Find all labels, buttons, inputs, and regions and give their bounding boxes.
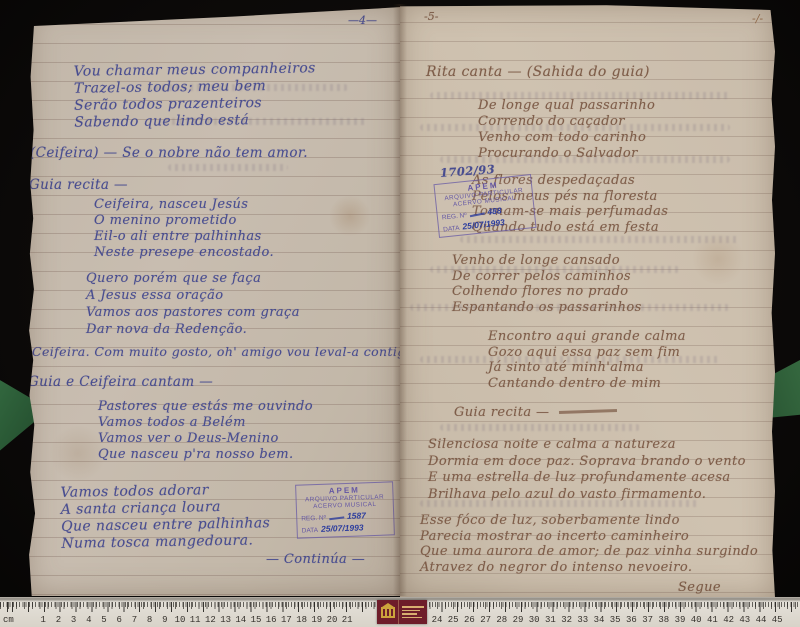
ruler-number: 18 bbox=[296, 615, 307, 625]
left-stanza-oracao: Quero porém que se façaA Jesus essa oraç… bbox=[86, 270, 300, 338]
stamp-reg-label: REG. Nº bbox=[301, 515, 326, 523]
stamp-date-value: 25/07/1993 bbox=[462, 217, 505, 231]
right-segue-mark: Segue bbox=[678, 580, 721, 596]
ruler-number: 13 bbox=[220, 615, 231, 625]
stamp-date-label: DATA bbox=[443, 225, 460, 234]
ruler-number: 40 bbox=[691, 615, 702, 625]
ruler-number: 44 bbox=[756, 615, 767, 625]
ruler-number: 1 bbox=[40, 615, 45, 625]
stamp-date-value: 25/07/1993 bbox=[321, 522, 364, 533]
ruler-number: 37 bbox=[642, 615, 653, 625]
ruler-number: 43 bbox=[739, 615, 750, 625]
right-stanza-foco: Esse fóco de luz, soberbamente lindoPare… bbox=[420, 513, 758, 575]
ruler-number: 35 bbox=[610, 615, 621, 625]
right-header-line: Rita canta — (Sahida do guia) bbox=[426, 64, 650, 80]
ruler-number: 17 bbox=[281, 615, 292, 625]
ruler-number: 16 bbox=[266, 615, 277, 625]
left-cantam-line: Guia e Ceifeira cantam — bbox=[28, 374, 213, 390]
stamp-reg-value: 1587 bbox=[347, 510, 366, 521]
left-stanza-adorar: Vamos todos adorarA santa criança louraQ… bbox=[60, 481, 270, 553]
ruler-number: 39 bbox=[675, 615, 686, 625]
left-continua-mark: — Continúa — bbox=[266, 552, 365, 568]
right-stanza-calma: Encontro aqui grande calmaGozo aqui essa… bbox=[488, 329, 686, 391]
ruler-number: 41 bbox=[707, 615, 718, 625]
ruler-number: 3 bbox=[71, 615, 76, 625]
ruler-number: 21 bbox=[342, 615, 353, 625]
right-stanza-passarinho: De longe qual passarinhoCorrendo do caça… bbox=[478, 98, 655, 162]
ruler-number: 33 bbox=[577, 615, 588, 625]
ruler-number: 25 bbox=[448, 615, 459, 625]
ruler-number: 26 bbox=[464, 615, 475, 625]
left-page: -4- —4— Vou chamar meus companheirosTraz… bbox=[28, 6, 400, 596]
stamp-reg-label: REG. Nº bbox=[442, 212, 467, 222]
ruler-number: 38 bbox=[658, 615, 669, 625]
ruler-number: 28 bbox=[496, 615, 507, 625]
ruler-number: 24 bbox=[432, 615, 443, 625]
ruler-number: 7 bbox=[132, 615, 137, 625]
crossed-out-scribble bbox=[329, 516, 344, 520]
left-gosto-line: Ceifeira. Com muito gosto, oh' amigo vou… bbox=[32, 344, 414, 360]
ruler-number: 12 bbox=[205, 615, 216, 625]
left-guia-recita-line: Guia recita — bbox=[29, 177, 128, 193]
ruler-number: 45 bbox=[772, 615, 783, 625]
ruler-number: 9 bbox=[162, 615, 167, 625]
ruler-number: 42 bbox=[723, 615, 734, 625]
ruler-number: 4 bbox=[86, 615, 91, 625]
left-stanza-pastores: Pastores que estás me ouvindoVamos todos… bbox=[98, 399, 313, 463]
ruler-number: 30 bbox=[529, 615, 540, 625]
left-gutter-page-mark: —4— bbox=[348, 14, 377, 27]
right-guia-recita-line: Guia recita — bbox=[454, 405, 617, 421]
right-guia-recita-text: Guia recita — bbox=[454, 405, 549, 420]
right-stanza-silenciosa: Silenciosa noite e calma a naturezaDormi… bbox=[428, 437, 746, 503]
logo-text-lines bbox=[399, 600, 427, 624]
ruler-number: 10 bbox=[175, 615, 186, 625]
ruler-number: 8 bbox=[147, 615, 152, 625]
right-page: -5- -/- Rita canta — (Sahida do guia) De… bbox=[400, 4, 775, 598]
ruler-number: 31 bbox=[545, 615, 556, 625]
crossed-out-scribble bbox=[470, 212, 485, 217]
left-opening-stanza: Vou chamar meus companheirosTrazel-os to… bbox=[74, 60, 317, 131]
left-ceifeira-line: (Ceifeira) — Se o nobre não tem amor. bbox=[30, 145, 308, 161]
ruler-number: 29 bbox=[513, 615, 524, 625]
ruler-number: 19 bbox=[311, 615, 322, 625]
right-gutter-page-mark: -5- bbox=[424, 10, 438, 23]
ruler-number: 5 bbox=[101, 615, 106, 625]
green-cloth-left bbox=[0, 366, 36, 454]
archive-stamp-right: APEM ARQUIVO PARTICULAR ACERVO MUSICAL R… bbox=[433, 174, 536, 238]
ruler-number: 34 bbox=[594, 615, 605, 625]
right-stanza-cansado: Venho de longe cansadoDe correr pelos ca… bbox=[452, 253, 642, 315]
left-stanza-nasceu: Ceifeira, nasceu JesúsO menino prometido… bbox=[94, 197, 274, 261]
ruler-number: 6 bbox=[116, 615, 121, 625]
ruler-number: 20 bbox=[327, 615, 338, 625]
scanned-manuscript-scene: -4- —4— Vou chamar meus companheirosTraz… bbox=[0, 0, 800, 627]
stamp-reg-value: 488 bbox=[487, 205, 502, 216]
archive-logo-plaque bbox=[377, 600, 427, 624]
ruler-unit-label: cm bbox=[3, 615, 14, 625]
archive-stamp-left: APEM ARQUIVO PARTICULAR ACERVO MUSICAL R… bbox=[295, 481, 395, 538]
crossed-out-words bbox=[559, 409, 617, 414]
ruler-number: 11 bbox=[190, 615, 201, 625]
ruler-number: 14 bbox=[235, 615, 246, 625]
ruler-number: 32 bbox=[561, 615, 572, 625]
book-fold bbox=[393, 4, 407, 596]
ruler-number: 27 bbox=[480, 615, 491, 625]
ruler-number: 15 bbox=[251, 615, 262, 625]
left-corner-page-mark: -4- bbox=[30, 8, 44, 21]
ruler-number: 2 bbox=[56, 615, 61, 625]
right-corner-page-mark: -/- bbox=[752, 12, 763, 25]
measurement-ruler: cm 1234567891011121314151617181920212425… bbox=[0, 597, 800, 627]
ruler-number: 36 bbox=[626, 615, 637, 625]
stamp-date-label: DATA bbox=[302, 527, 319, 535]
classical-building-icon bbox=[377, 600, 399, 624]
